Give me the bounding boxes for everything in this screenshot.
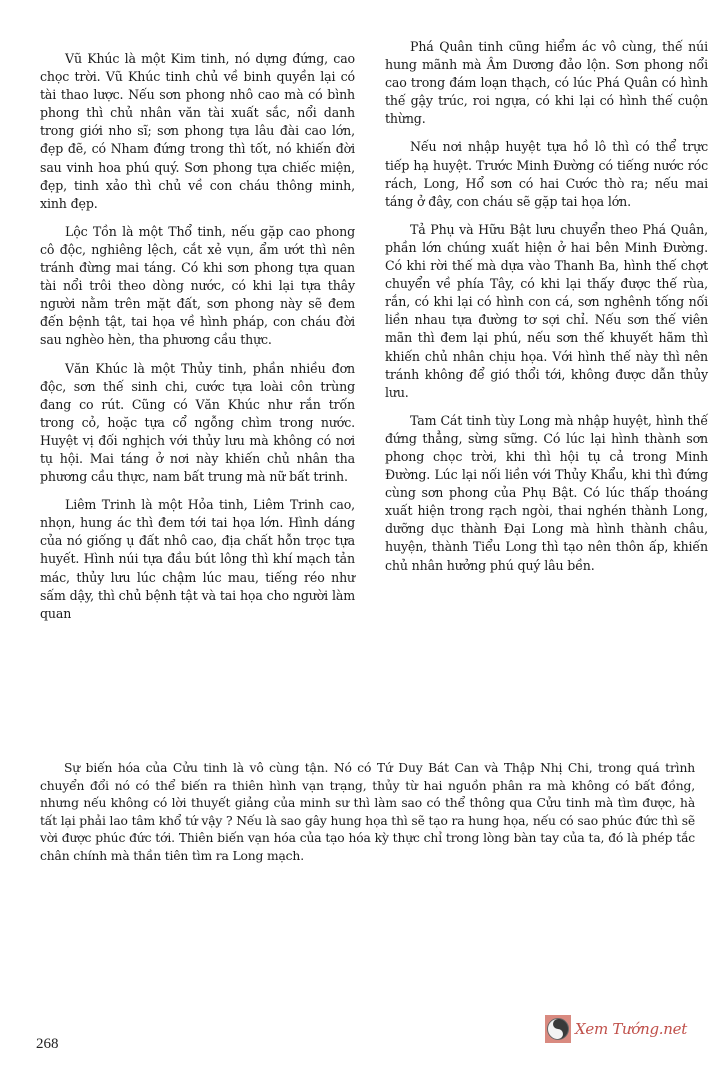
left-column: Vũ Khúc là một Kim tinh, nó dựng đứng, c… [40, 50, 355, 633]
yin-yang-icon [545, 1015, 571, 1043]
watermark-text: Xem Tướng.net [575, 1020, 687, 1038]
paragraph-nhap-huyet: Nếu nơi nhập huyệt tựa hồ lô thì có thể … [385, 138, 708, 210]
full-width-section: Sự biến hóa của Cửu tinh là vô cùng tận.… [40, 760, 695, 876]
watermark-logo: Xem Tướng.net [545, 1015, 687, 1043]
paragraph-vu-khuc: Vũ Khúc là một Kim tinh, nó dựng đứng, c… [40, 50, 355, 213]
paragraph-van-khuc: Văn Khúc là một Thủy tinh, phần nhiều đơ… [40, 360, 355, 487]
paragraph-cuu-tinh: Sự biến hóa của Cửu tinh là vô cùng tận.… [40, 760, 695, 866]
paragraph-liem-trinh: Liêm Trinh là một Hỏa tinh, Liêm Trinh c… [40, 496, 355, 623]
paragraph-pha-quan: Phá Quân tinh cũng hiểm ác vô cùng, thế … [385, 38, 708, 128]
paragraph-ta-phu-huu-bat: Tả Phụ và Hữu Bật lưu chuyển theo Phá Qu… [385, 221, 708, 402]
paragraph-loc-ton: Lộc Tồn là một Thổ tinh, nếu gặp cao pho… [40, 223, 355, 350]
right-column: Phá Quân tinh cũng hiểm ác vô cùng, thế … [385, 38, 708, 585]
page-number: 268 [36, 1036, 59, 1053]
paragraph-tam-cat: Tam Cát tinh tùy Long mà nhập huyệt, hìn… [385, 412, 708, 575]
